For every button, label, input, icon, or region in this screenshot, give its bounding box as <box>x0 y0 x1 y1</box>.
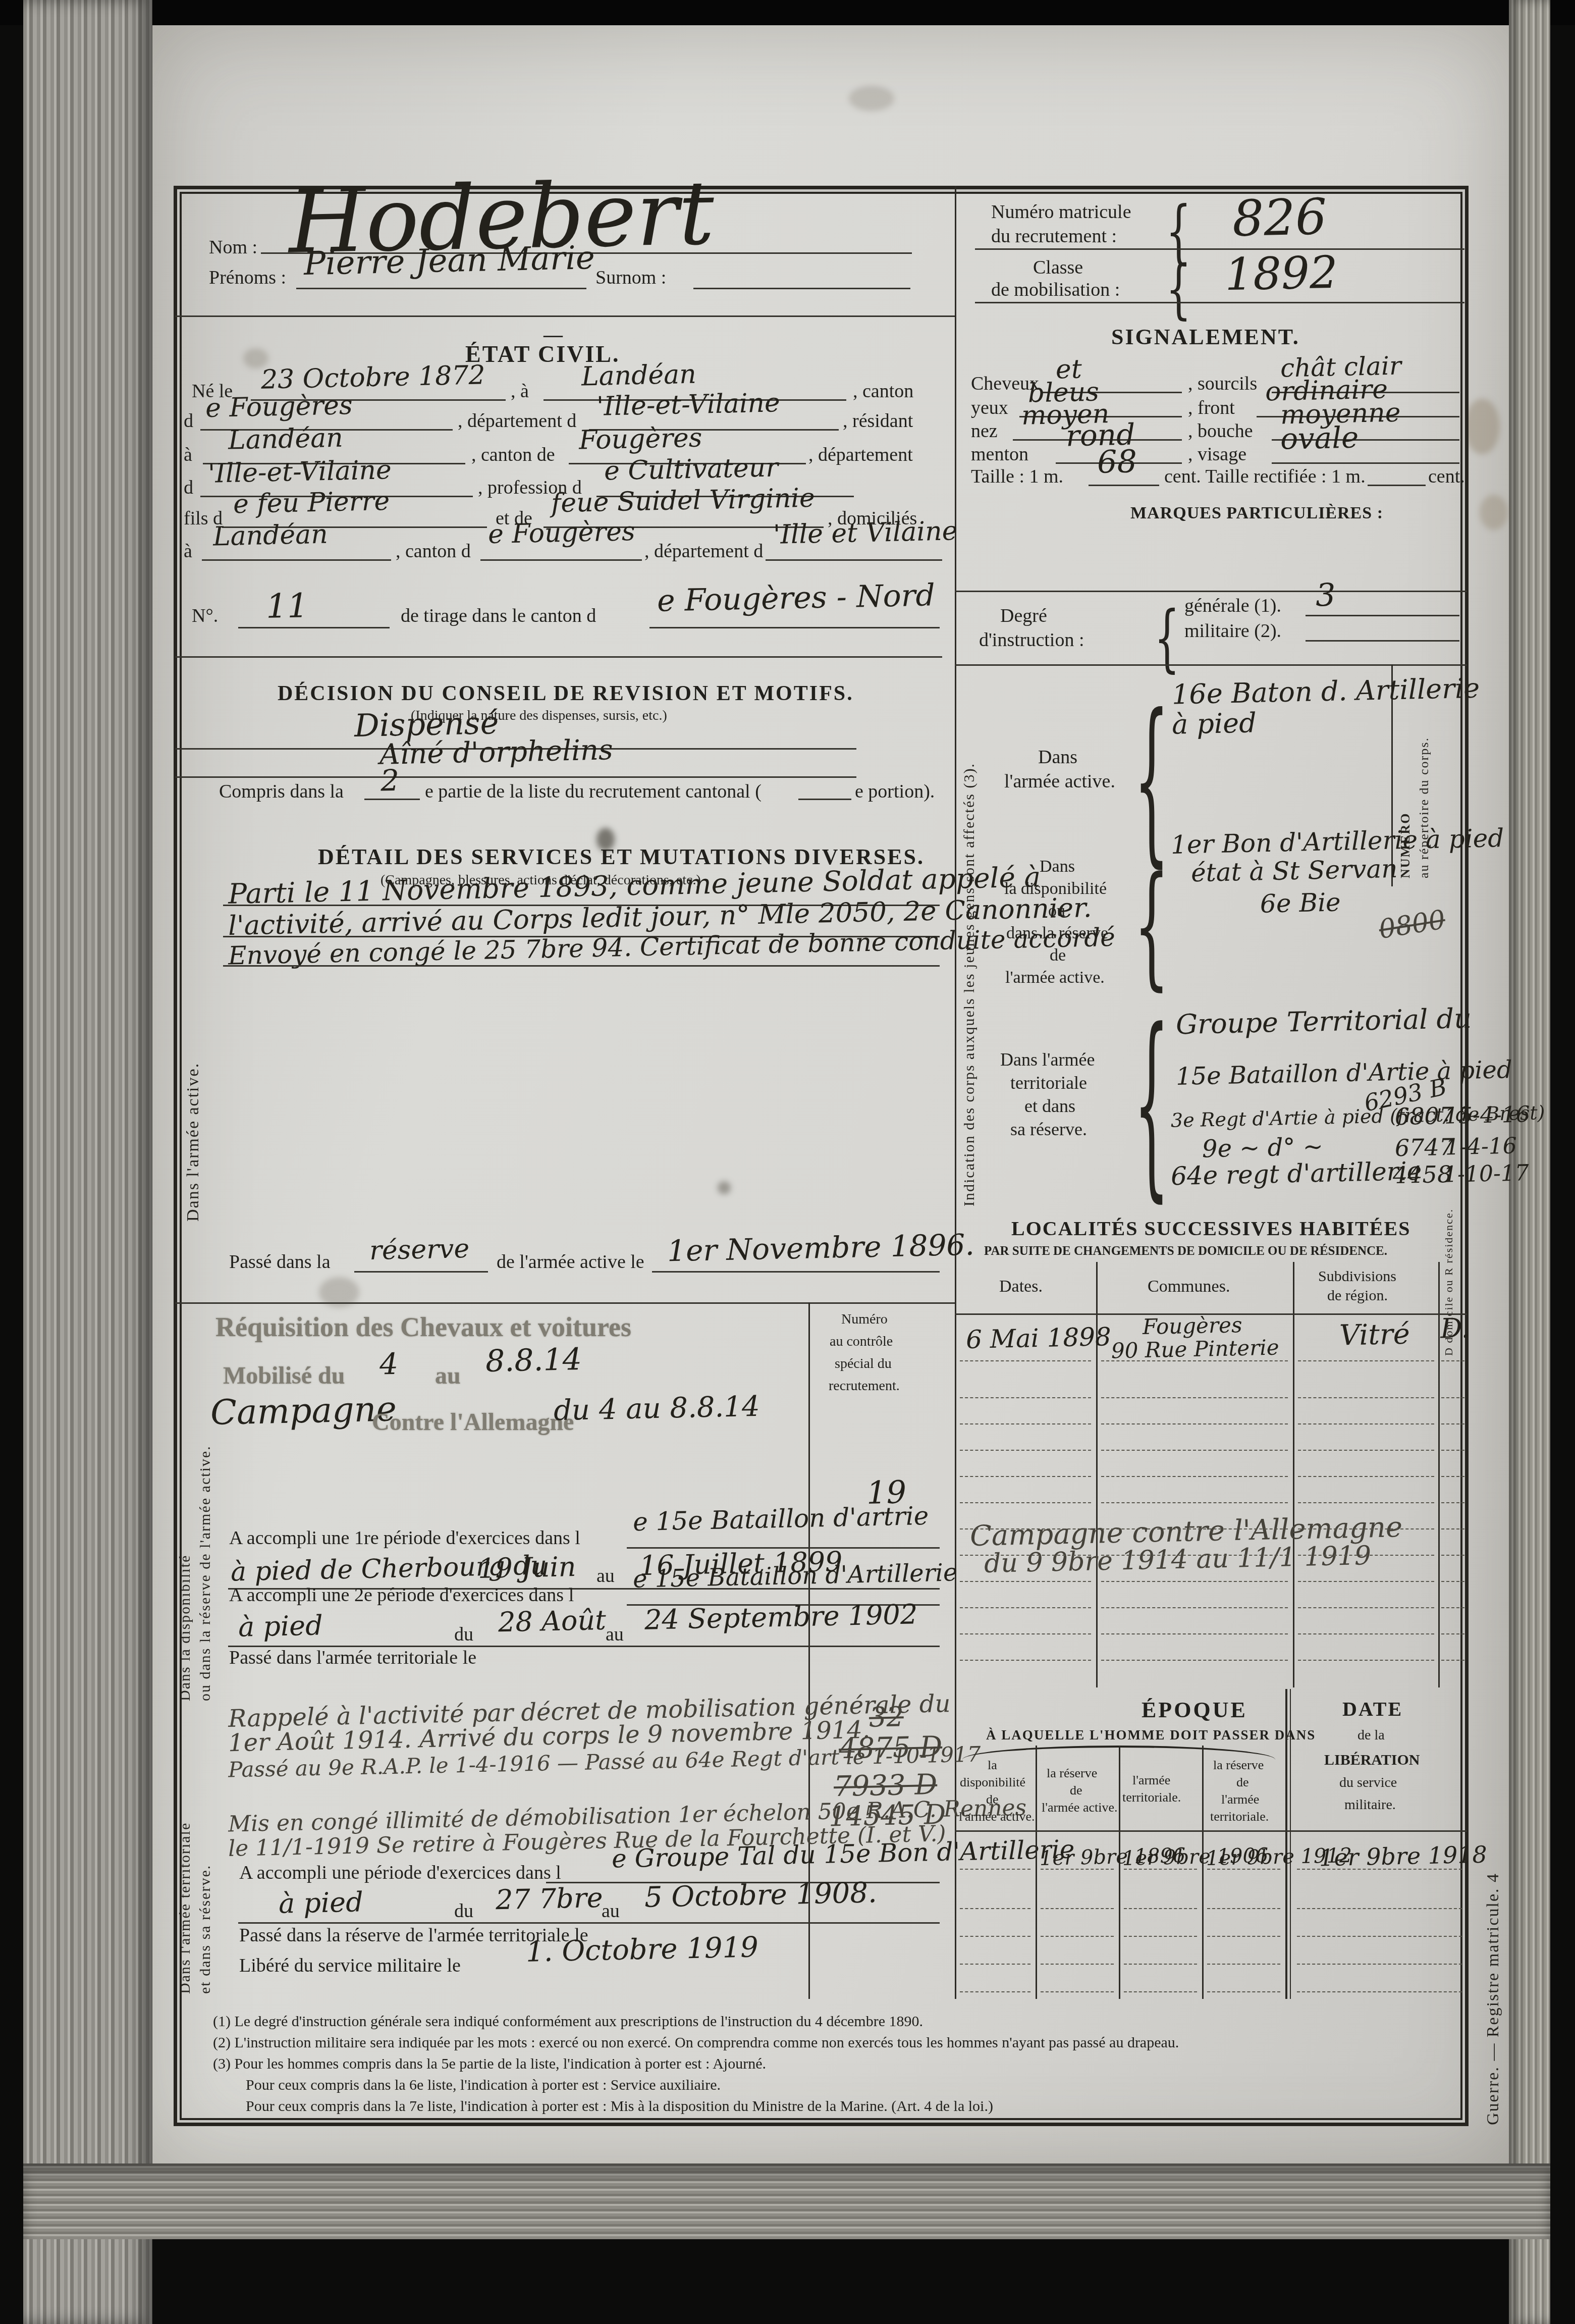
a3-value: Landéan <box>212 519 328 552</box>
canton3-label: , canton d <box>396 540 471 562</box>
localites-col-divider-3 <box>1438 1262 1440 1687</box>
dispo-vertical-label-2: ou dans la réserve de l'armée active. <box>197 1317 214 1701</box>
corps-terr-label-1: Dans l'armée <box>1000 1049 1095 1070</box>
periode1-au-label: au <box>596 1565 615 1587</box>
a-label: , à <box>511 380 529 402</box>
corps-dispo-value-3: 6e Bie <box>1260 887 1341 918</box>
corps-active-value-1: 16e Baton d. Artillerie <box>1171 672 1480 711</box>
tirage-canton-label: de tirage dans le canton d <box>401 605 596 627</box>
rule-line <box>1297 1991 1462 1992</box>
brace: { <box>1166 251 1191 327</box>
campagne-stamp: Contre l'Allemagne <box>372 1408 574 1436</box>
rule-line <box>955 1830 1467 1832</box>
compris-label-1: Compris dans la <box>219 780 344 803</box>
dept3-value: 'Ille et Vilaine <box>773 516 958 550</box>
rule-line <box>766 559 942 561</box>
footnote-5: Pour ceux compris dans la 7e liste, l'in… <box>246 2098 993 2115</box>
corps-terr-label-3: et dans <box>1024 1095 1075 1117</box>
periode-terr-date-2: 5 Octobre 1908. <box>644 1876 877 1914</box>
epoque-date-divider <box>1285 1689 1287 1999</box>
passe-reserve-value-2: 1er Novembre 1896. <box>667 1228 974 1269</box>
epoque-col1-l2: disponibilité <box>960 1775 1025 1790</box>
book-spine-left-edge <box>23 0 152 2324</box>
dispo-vertical-label-1: Dans la disponibilité <box>177 1317 194 1701</box>
rule-line <box>1207 1869 1280 1870</box>
passe-reserve-label-2: de l'armée active le <box>497 1251 644 1273</box>
rule-line <box>960 1581 1091 1582</box>
register-sheet: Nom : Hodebert Prénoms : Pierre Jean Mar… <box>152 25 1509 2163</box>
dept3-label: , département d <box>644 540 763 562</box>
rule-line <box>1101 1633 1288 1634</box>
rule-line <box>175 656 942 658</box>
periode2-du-label: du <box>454 1623 473 1646</box>
epoque-col3-l2: territoriale. <box>1122 1790 1181 1805</box>
degre-label-1: Degré <box>1000 605 1047 627</box>
canton3-value: e Fougères <box>487 516 635 550</box>
controle-label-3: spécial du <box>835 1356 892 1372</box>
localites-title: LOCALITÉS SUCCESSIVES HABITÉES <box>1011 1217 1410 1240</box>
compris-label-3: e portion). <box>855 780 935 803</box>
surnom-label: Surnom : <box>595 267 666 289</box>
controle-label-4: recrutement. <box>829 1378 900 1394</box>
footnote-1: (1) Le degré d'instruction générale sera… <box>213 2013 923 2030</box>
rule-line <box>1101 1360 1288 1361</box>
epoque-col1-l1: la <box>988 1758 997 1773</box>
rule-line <box>1041 1964 1114 1965</box>
localites-row-subdiv: Vitré <box>1339 1318 1410 1352</box>
localites-col-subdiv-1: Subdivisions <box>1318 1268 1396 1285</box>
canton-label: , canton <box>853 380 913 402</box>
rule-line <box>1124 1908 1197 1909</box>
periode2-au-label: au <box>606 1623 624 1646</box>
rule-line <box>1297 1908 1462 1909</box>
taille-value: 68 <box>1097 443 1137 481</box>
rule-line <box>1298 1660 1434 1661</box>
rule-line <box>960 1450 1091 1451</box>
a2-value: Landéan <box>228 423 343 456</box>
epoque-date-l3: LIBÉRATION <box>1324 1752 1420 1769</box>
rule-line <box>1101 1660 1288 1661</box>
prenoms-label: Prénoms : <box>209 267 286 289</box>
rule-line <box>1124 1936 1197 1937</box>
rule-line <box>1441 1581 1464 1582</box>
rule-line <box>1272 462 1459 464</box>
epoque-date-l5: militaire. <box>1344 1797 1396 1813</box>
periode2-date-2: 24 Septembre 1902 <box>644 1598 917 1635</box>
brace: { <box>1154 596 1180 680</box>
rule-line <box>175 776 856 778</box>
dept2-label: , département <box>808 444 913 466</box>
menton-label: menton <box>971 443 1028 465</box>
rule-line <box>960 1936 1030 1937</box>
controle-label-2: au contrôle <box>830 1334 893 1350</box>
brace: { <box>1134 987 1169 1220</box>
rule-line <box>1298 1450 1434 1451</box>
rule-line <box>1441 1450 1464 1451</box>
brace: { <box>1134 848 1169 1003</box>
scan-top-black-edge <box>0 0 1575 25</box>
dept-value: 'Ille-et-Vilaine <box>596 388 780 422</box>
rule-line <box>1441 1660 1464 1661</box>
rule-line <box>1306 640 1459 642</box>
rule-line <box>1297 1869 1462 1870</box>
rule-line <box>960 1869 1030 1870</box>
visage-label: , visage <box>1188 443 1246 465</box>
localites-subtitle: PAR SUITE DE CHANGEMENTS DE DOMICILE OU … <box>984 1244 1387 1258</box>
territoriale-vertical-label-2: et dans sa réserve. <box>197 1706 214 1994</box>
paper-stain <box>1480 495 1508 530</box>
epoque-col2-l2: de <box>1070 1783 1082 1798</box>
canton2-value: Fougères <box>578 422 702 455</box>
book-page-block-bottom-edge <box>23 2163 1550 2239</box>
compris-value: 2 <box>380 763 399 798</box>
corps-terr-date-3: 15-4-16 <box>1444 1101 1530 1129</box>
rule-line <box>1101 1607 1288 1608</box>
passe-reserve-value-1: réserve <box>369 1234 469 1266</box>
periode1-value: e 15e Bataillon d'artrie <box>632 1501 929 1537</box>
corps-dispo-label-2: la disponibilité <box>1004 879 1107 899</box>
localites-col-communes: Communes. <box>1148 1277 1230 1296</box>
rule-line <box>1207 1964 1280 1965</box>
corps-terr-date-5: 1-10-17 <box>1443 1160 1529 1188</box>
epoque-date-l1: DATE <box>1342 1697 1403 1721</box>
epoque-col-divider-3 <box>1202 1746 1204 1999</box>
rule-line <box>1297 1964 1462 1965</box>
rule-line <box>1441 1633 1464 1634</box>
epoque-title: ÉPOQUE <box>1142 1697 1247 1723</box>
d3-value: 'Ille-et-Vilaine <box>207 455 392 489</box>
rule-line <box>1124 1991 1197 1992</box>
rule-line <box>1101 1502 1288 1503</box>
rule-line <box>354 1271 488 1273</box>
classe-value: 1892 <box>1224 246 1338 301</box>
degre-label-2: d'instruction : <box>979 629 1084 651</box>
rule-line <box>1207 1936 1280 1937</box>
rule-line <box>960 1991 1030 1992</box>
signalement-title: SIGNALEMENT. <box>1111 324 1300 350</box>
corps-dispo-label-5: de <box>1050 946 1066 965</box>
localites-col-subdiv-2: de région. <box>1327 1287 1388 1304</box>
a-value: Landéan <box>581 359 696 392</box>
periode-terr-au: au <box>602 1900 620 1922</box>
periode-terr-label: A accompli une période d'exercices dans … <box>239 1862 561 1884</box>
rule-line <box>652 1271 940 1273</box>
periode-terr-du: du <box>454 1900 473 1922</box>
epoque-subtitle: À LAQUELLE L'HOMME DOIT PASSER DANS <box>986 1727 1316 1743</box>
rule-line <box>1124 1964 1197 1965</box>
rule-line <box>960 1528 1091 1529</box>
classe-label-2: de mobilisation : <box>991 279 1120 301</box>
classe-label-1: Classe <box>1033 256 1083 279</box>
marques-title: MARQUES PARTICULIÈRES : <box>1130 504 1383 523</box>
rule-line <box>1101 1528 1288 1529</box>
rule-line <box>223 965 940 967</box>
rule-line <box>1101 1450 1288 1451</box>
etde-value: feue Suidel Virginie <box>551 483 815 519</box>
rule-line <box>1124 1869 1197 1870</box>
periode2-label: A accompli une 2e période d'exercices da… <box>229 1584 574 1606</box>
mobilise-stamp: Mobilisé du <box>223 1362 345 1390</box>
rule-line <box>1101 1581 1288 1582</box>
rule-line <box>238 1922 940 1924</box>
corps-active-label-2: l'armée active. <box>1004 770 1115 793</box>
a3-label: à <box>184 540 192 562</box>
taille-label: Taille : 1 m. <box>971 465 1063 488</box>
mobilise-date-2: 8.8.14 <box>485 1342 582 1379</box>
rule-line <box>1298 1360 1434 1361</box>
epoque-col-divider-2 <box>1119 1746 1120 1999</box>
degre-generale-label: générale (1). <box>1184 595 1281 617</box>
epoque-col4-l1: la réserve <box>1213 1758 1264 1773</box>
corps-terr-label-2: territoriale <box>1010 1072 1087 1093</box>
compris-label-2: e partie de la liste du recrutement cant… <box>425 780 762 803</box>
decision-line2: Aîné d'orphelins <box>379 733 613 771</box>
periode-terr-date-1: 27 7bre <box>495 1882 603 1916</box>
localites-col-divider-2 <box>1293 1262 1294 1687</box>
epoque-col4-l2: de <box>1236 1775 1249 1790</box>
rule-line <box>1297 1936 1462 1937</box>
rule-line <box>238 627 390 628</box>
dept-label: , département d <box>458 410 576 432</box>
periode1-label: A accompli une 1re période d'exercices d… <box>229 1527 580 1549</box>
controle-label-1: Numéro <box>841 1311 888 1328</box>
rule-line <box>955 591 1467 592</box>
rule-line <box>975 248 1464 250</box>
rule-line <box>1207 1991 1280 1992</box>
rule-line <box>649 627 940 628</box>
mobilise-au-stamp: au <box>435 1362 461 1390</box>
rule-line <box>1101 1476 1288 1477</box>
front-label: , front <box>1188 397 1235 419</box>
prenoms-value: Pierre Jean Marie <box>303 239 595 283</box>
corps-terr-value-5: 64e regt d'artillerie <box>1170 1156 1422 1191</box>
rule-line <box>1207 1908 1280 1909</box>
rule-line <box>1298 1423 1434 1424</box>
epoque-value-date: 1er 9bre 1918 <box>1319 1841 1487 1872</box>
rule-line <box>1101 1397 1288 1398</box>
taille-cent-label: cent. <box>1428 465 1465 488</box>
corps-active-value-2: à pied <box>1171 707 1257 740</box>
visage-value: ovale <box>1280 420 1359 456</box>
rule-line <box>1441 1607 1464 1608</box>
passe-territoriale-label: Passé dans l'armée territoriale le <box>229 1647 476 1669</box>
corps-dispo-label-1: Dans <box>1040 857 1075 876</box>
localites-row-date: 6 Mai 1898 <box>965 1322 1111 1354</box>
de-label: d <box>184 410 193 432</box>
footnote-3: (3) Pour les hommes compris dans la 5e p… <box>213 2055 766 2073</box>
rule-line <box>1298 1581 1434 1582</box>
residant-label: , résidant <box>843 410 913 432</box>
margin-number-1: 32 <box>868 1701 904 1733</box>
campagne-dates: du 4 au 8.8.14 <box>553 1390 760 1428</box>
fils-value: e feu Pierre <box>233 486 390 519</box>
epoque-col2-l1: la réserve <box>1047 1766 1097 1781</box>
rule-line <box>960 1964 1030 1965</box>
yeux-label: yeux <box>971 397 1008 419</box>
libere-label: Libéré du service militaire le <box>239 1955 461 1977</box>
corps-caption-vertical: Indication des corps auxquels les jeunes… <box>961 676 978 1206</box>
tirage-no-value: 11 <box>265 586 309 626</box>
localites-row-dr: D. <box>1440 1312 1470 1344</box>
ne-le-value: 23 Octobre 1872 <box>260 360 485 395</box>
canton2-label: , canton de <box>471 444 555 466</box>
margin-number-4: 14545 D <box>828 1799 946 1833</box>
rule-line <box>960 1502 1091 1503</box>
rule-line <box>975 302 1464 303</box>
rule-line <box>1041 1908 1114 1909</box>
rule-line <box>955 664 1467 666</box>
epoque-date-l4: du service <box>1339 1775 1397 1791</box>
prof-value: e Cultivateur <box>604 452 778 486</box>
rule-line <box>1089 485 1159 486</box>
rule-line <box>202 559 391 561</box>
rule-line <box>1441 1397 1464 1398</box>
periode2-date-1: 28 Août <box>498 1604 606 1638</box>
rule-line <box>1298 1607 1434 1608</box>
registre-matricule-margin-caption: Guerre. — Registre matricule. 4 <box>1484 1671 1503 2125</box>
footnote-4: Pour ceux compris dans la 6e liste, l'in… <box>246 2077 721 2094</box>
tirage-canton-value: e Fougères - Nord <box>657 577 935 619</box>
corps-dispo-label-4: dans la réserve <box>1006 924 1108 943</box>
paper-stain <box>1464 399 1500 454</box>
rule-line <box>1441 1502 1464 1503</box>
rule-line <box>364 799 420 800</box>
epoque-col2-l3: l'armée active. <box>1042 1800 1117 1815</box>
corps-terr-label-4: sa réserve. <box>1010 1119 1087 1140</box>
epoque-date-divider-inner <box>1290 1689 1291 1999</box>
de-value: e Fougères <box>205 390 353 424</box>
localites-col-dates: Dates. <box>999 1277 1043 1296</box>
paper-stain <box>849 86 894 111</box>
corps-terr-date-4: 1-4-16 <box>1445 1133 1517 1160</box>
epoque-col1-l3: de <box>986 1792 999 1807</box>
a2-label: à <box>184 444 192 466</box>
rule-line <box>1441 1555 1464 1556</box>
rule-line <box>1298 1528 1434 1529</box>
epoque-col4-l3: l'armée <box>1221 1792 1259 1807</box>
epoque-col1-l4: l'armée active. <box>959 1809 1035 1824</box>
bouche-label: , bouche <box>1188 420 1253 442</box>
corps-dispo-label-6: l'armée active. <box>1005 968 1105 987</box>
epoque-date-l2: de la <box>1357 1727 1385 1744</box>
rule-line <box>1041 1991 1114 1992</box>
rule-line <box>1298 1633 1434 1634</box>
margin-number-2: 4875 D <box>838 1730 943 1765</box>
rule-line <box>1298 1397 1434 1398</box>
rule-line <box>960 1397 1091 1398</box>
rule-line <box>1298 1502 1434 1503</box>
rule-line <box>960 1908 1030 1909</box>
epoque-col4-l4: territoriale. <box>1210 1809 1269 1824</box>
rule-line <box>960 1607 1091 1608</box>
matricule-label-2: du recrutement : <box>991 225 1117 247</box>
nom-label: Nom : <box>209 236 257 258</box>
mobilise-date-1: 4 <box>379 1347 398 1382</box>
periode-terr2-value: à pied <box>278 1886 363 1919</box>
rule-line <box>1441 1423 1464 1424</box>
passe-reserve-label-1: Passé dans la <box>229 1251 331 1273</box>
matricule-value: 826 <box>1232 188 1327 248</box>
rule-line <box>175 1302 955 1304</box>
armee-active-vertical-label: Dans l'armée active. <box>184 909 203 1222</box>
corps-dispo-label-3: ou <box>1048 902 1065 921</box>
d3-label: d <box>184 477 193 499</box>
rule-line <box>798 799 851 800</box>
rule-line <box>960 1476 1091 1477</box>
taille-rect-label: cent. Taille rectifiée : 1 m. <box>1164 465 1366 488</box>
rule-line <box>1041 1869 1114 1870</box>
rule-line <box>480 559 642 561</box>
campagne-handwritten: Campagne <box>210 1389 397 1433</box>
degre-militaire-label: militaire (2). <box>1184 620 1281 642</box>
rule-line <box>960 1660 1091 1661</box>
epoque-col3-l1: l'armée <box>1132 1773 1170 1788</box>
scanned-register-page: Nom : Hodebert Prénoms : Pierre Jean Mar… <box>0 0 1575 2324</box>
main-column-divider <box>955 186 956 1999</box>
margin-number-3: 7933 D <box>833 1768 938 1803</box>
rule-line <box>693 288 910 289</box>
periode1-date-1: 19 Juin <box>477 1551 576 1584</box>
rule-line <box>1041 1936 1114 1937</box>
nez-label: nez <box>971 420 998 442</box>
rule-line <box>1101 1423 1288 1424</box>
rule-line <box>1298 1476 1434 1477</box>
territoriale-vertical-label-1: Dans l'armée territoriale <box>177 1706 194 1994</box>
rule-line <box>1101 1555 1288 1556</box>
degre-generale-value: 3 <box>1315 576 1336 614</box>
rule-line <box>1441 1360 1464 1361</box>
corps-dispo-value-2: état à St Servan <box>1190 854 1398 888</box>
rule-line <box>1441 1476 1464 1477</box>
rule-line <box>960 1360 1091 1361</box>
tirage-no-label: N°. <box>192 605 218 627</box>
rule-line <box>175 315 955 317</box>
rule-line <box>960 1423 1091 1424</box>
rule-line <box>1306 615 1459 616</box>
periode2b-value: à pied <box>238 1609 323 1643</box>
rule-line <box>296 288 586 289</box>
rule-line <box>960 1633 1091 1634</box>
corps-active-label-1: Dans <box>1038 746 1077 768</box>
matricule-label-1: Numéro matricule <box>991 201 1131 223</box>
requisition-stamp: Réquisition des Chevaux et voitures <box>215 1311 631 1343</box>
localites-row-commune-1: Fougères <box>1143 1312 1242 1339</box>
rule-line <box>1368 485 1426 486</box>
footnote-2: (2) L'instruction militaire sera indiqué… <box>213 2034 1179 2051</box>
sourcils-label: , sourcils <box>1188 373 1257 395</box>
rule-line <box>960 1555 1091 1556</box>
corps-terr-value-1: Groupe Territorial du <box>1175 1002 1472 1040</box>
decision-title: DÉCISION DU CONSEIL DE REVISION ET MOTIF… <box>278 681 854 706</box>
localites-row-commune-2: 90 Rue Pinterie <box>1111 1335 1279 1363</box>
epoque-col-divider-1 <box>1036 1746 1037 1999</box>
rule-line <box>1441 1528 1464 1529</box>
rule-line <box>1298 1555 1434 1556</box>
libere-value: 1. Octobre 1919 <box>525 1931 758 1969</box>
